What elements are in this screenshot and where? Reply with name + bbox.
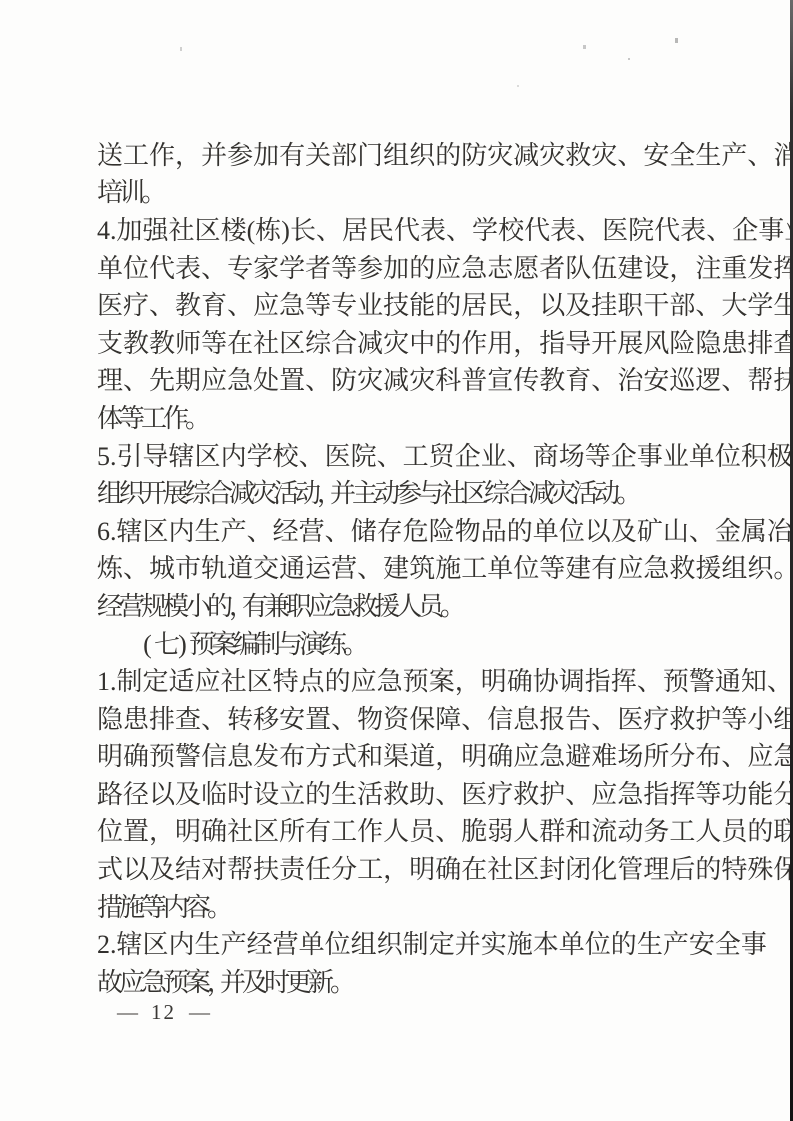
glyph: 教 xyxy=(539,368,565,394)
glyph: 设 xyxy=(253,782,279,808)
glyph: 新 xyxy=(308,970,330,996)
glyph: ( xyxy=(141,632,154,658)
glyph: 道 xyxy=(409,744,435,770)
glyph: 等 xyxy=(141,895,163,921)
glyph: 等 xyxy=(539,556,565,582)
glyph: 活 xyxy=(357,782,383,808)
glyph: 警 xyxy=(175,744,201,770)
glyph: 制 xyxy=(255,632,277,658)
glyph: 市 xyxy=(175,556,201,582)
glyph: 炼 xyxy=(97,556,123,582)
glyph: 理 xyxy=(97,368,123,394)
glyph: 织 xyxy=(377,932,403,958)
glyph: 事 xyxy=(758,218,784,244)
text-line: 式以及结对帮扶责任分工，明确在社区封闭化管理后的特殊保障 xyxy=(97,851,710,889)
glyph: 筑 xyxy=(409,556,435,582)
glyph: 等 xyxy=(695,782,721,808)
glyph: 、 xyxy=(316,218,342,244)
glyph: 学 xyxy=(747,293,773,319)
glyph: 安 xyxy=(643,368,669,394)
glyph: 疗 xyxy=(123,293,149,319)
glyph: 急 xyxy=(617,782,643,808)
glyph: 内 xyxy=(163,895,185,921)
glyph: 、 xyxy=(201,256,227,282)
glyph: 院 xyxy=(351,444,377,470)
text-line: 经营规模小的，有兼职应急救援人员。 xyxy=(97,588,710,626)
glyph: 位 xyxy=(97,819,123,845)
glyph: 风 xyxy=(643,331,669,357)
glyph: 院 xyxy=(628,218,654,244)
glyph: 、 xyxy=(576,218,602,244)
glyph: 、 xyxy=(565,782,591,808)
glyph: 并 xyxy=(455,932,481,958)
glyph: 校 xyxy=(498,218,524,244)
glyph: 民 xyxy=(487,293,513,319)
glyph: 、 xyxy=(637,669,663,695)
glyph: 。 xyxy=(141,180,154,206)
glyph: 灾 xyxy=(251,481,273,507)
glyph: 确 xyxy=(435,857,461,883)
glyph: 产 xyxy=(721,143,747,169)
scan-speck xyxy=(583,45,586,49)
glyph: ) xyxy=(281,218,290,244)
glyph: 等 xyxy=(721,707,747,733)
glyph: 动 xyxy=(295,481,317,507)
glyph: 方 xyxy=(305,744,331,770)
glyph: 设 xyxy=(643,256,669,282)
glyph: 指 xyxy=(539,331,565,357)
glyph: 、 xyxy=(357,556,383,582)
glyph: 、 xyxy=(721,368,747,394)
glyph: 发 xyxy=(747,256,773,282)
glyph: 帮 xyxy=(747,368,773,394)
glyph: 兼 xyxy=(264,594,286,620)
glyph: 案 xyxy=(211,632,233,658)
glyph: 救 xyxy=(669,556,695,582)
glyph: 确 xyxy=(201,819,227,845)
glyph: 援 xyxy=(695,556,721,582)
glyph: 故 xyxy=(97,970,119,996)
glyph: 长 xyxy=(290,218,316,244)
glyph: 、 xyxy=(695,293,721,319)
glyph: 家 xyxy=(253,256,279,282)
glyph: 临 xyxy=(201,782,227,808)
glyph: 保 xyxy=(409,707,435,733)
glyph: ， xyxy=(669,256,695,282)
glyph: 急 xyxy=(141,970,163,996)
glyph: 灾 xyxy=(409,368,435,394)
glyph: 、 xyxy=(721,744,747,770)
text-line: 单位代表、专家学者等参加的应急志愿者队伍建设，注重发挥具有 xyxy=(97,250,710,288)
glyph: 活 xyxy=(572,481,594,507)
glyph: 、 xyxy=(227,293,253,319)
glyph: 七 xyxy=(154,632,176,658)
glyph: 场 xyxy=(559,444,585,470)
glyph: 技 xyxy=(383,293,409,319)
glyph: 医 xyxy=(461,782,487,808)
glyph: 、 xyxy=(507,444,533,470)
glyph: 并 xyxy=(201,143,227,169)
glyph: 指 xyxy=(643,782,669,808)
glyph: 综 xyxy=(305,331,331,357)
text-line: 炼、城市轨道交通运营、建筑施工单位等建有应急救援组织。生产 xyxy=(97,551,710,589)
glyph: 小 xyxy=(747,707,773,733)
glyph: 预 xyxy=(403,669,429,695)
glyph: 展 xyxy=(163,481,185,507)
glyph: 有 xyxy=(591,556,617,582)
glyph: 、 xyxy=(123,556,149,582)
glyph: 预 xyxy=(149,744,175,770)
glyph: 专 xyxy=(227,256,253,282)
glyph: 报 xyxy=(539,707,565,733)
glyph: 式 xyxy=(97,857,123,883)
glyph: 的 xyxy=(409,256,435,282)
glyph: 金 xyxy=(715,519,741,545)
glyph: 。 xyxy=(616,481,629,507)
glyph: 减 xyxy=(383,368,409,394)
glyph: 的 xyxy=(695,857,721,883)
glyph: 栋 xyxy=(255,218,281,244)
glyph: 能 xyxy=(747,782,773,808)
glyph: 、 xyxy=(591,368,617,394)
glyph: 所 xyxy=(279,819,305,845)
glyph: 加 xyxy=(383,256,409,282)
glyph: 合 xyxy=(207,481,229,507)
glyph: 与 xyxy=(418,481,440,507)
glyph: 单 xyxy=(689,444,715,470)
glyph: 减 xyxy=(357,331,383,357)
glyph: 组 xyxy=(351,932,377,958)
glyph: 经 xyxy=(97,594,119,620)
glyph: 区 xyxy=(247,669,273,695)
glyph: 患 xyxy=(721,331,747,357)
glyph: 查 xyxy=(175,707,201,733)
glyph: 学 xyxy=(472,218,498,244)
glyph: 能 xyxy=(409,293,435,319)
glyph: 安 xyxy=(689,932,715,958)
glyph: 经 xyxy=(273,519,299,545)
glyph: 施 xyxy=(507,932,533,958)
glyph: 物 xyxy=(357,707,383,733)
page-number: 12 xyxy=(151,1000,176,1025)
scan-speck xyxy=(628,58,630,60)
glyph: 生 xyxy=(331,782,357,808)
glyph: 道 xyxy=(227,556,253,582)
glyph: 的 xyxy=(305,782,331,808)
glyph: 任 xyxy=(305,857,331,883)
glyph: 送 xyxy=(97,143,123,169)
glyph: 警 xyxy=(689,669,715,695)
text-line: 隐患排查、转移安置、物资保障、信息报告、医疗救护等小组分工， xyxy=(97,701,710,739)
glyph: 救 xyxy=(669,707,695,733)
glyph: 和 xyxy=(357,744,383,770)
glyph: 所 xyxy=(643,744,669,770)
glyph: 点 xyxy=(299,669,325,695)
glyph: 以 xyxy=(149,782,175,808)
glyph: 社 xyxy=(487,857,513,883)
glyph: 定 xyxy=(143,669,169,695)
glyph: 强 xyxy=(143,218,169,244)
glyph: ， xyxy=(207,970,220,996)
glyph: 分 xyxy=(331,857,357,883)
glyph: 应 xyxy=(119,970,141,996)
glyph: 储 xyxy=(351,519,377,545)
glyph: 及 xyxy=(242,970,264,996)
glyph: 参 xyxy=(227,143,253,169)
glyph: 险 xyxy=(429,519,455,545)
glyph: ) xyxy=(176,632,189,658)
glyph: 场 xyxy=(617,744,643,770)
glyph: 工 xyxy=(357,857,383,883)
glyph: 编 xyxy=(233,632,255,658)
glyph: 布 xyxy=(279,744,305,770)
glyph: 辖 xyxy=(117,519,143,545)
glyph: 功 xyxy=(721,782,747,808)
glyph: 位 xyxy=(715,444,741,470)
glyph: 区 xyxy=(195,444,221,470)
glyph: 重 xyxy=(721,256,747,282)
glyph: 息 xyxy=(513,707,539,733)
glyph: 营 xyxy=(119,594,141,620)
glyph: 有 xyxy=(305,819,331,845)
glyph: 、 xyxy=(299,444,325,470)
glyph: 民 xyxy=(368,218,394,244)
glyph: 渠 xyxy=(383,744,409,770)
glyph: 区 xyxy=(279,331,305,357)
glyph: 5 xyxy=(97,444,110,470)
glyph: 明 xyxy=(97,744,123,770)
glyph: 明 xyxy=(409,857,435,883)
glyph: 弱 xyxy=(487,819,513,845)
glyph: 布 xyxy=(695,744,721,770)
text-line: 措施等内容。 xyxy=(97,889,710,927)
glyph: 的 xyxy=(435,143,461,169)
glyph: 应 xyxy=(747,744,773,770)
glyph: 措 xyxy=(97,895,119,921)
glyph: 特 xyxy=(721,857,747,883)
glyph: 营 xyxy=(331,556,357,582)
glyph: 开 xyxy=(141,481,163,507)
glyph: 径 xyxy=(123,782,149,808)
glyph: 表 xyxy=(420,218,446,244)
glyph: 立 xyxy=(279,782,305,808)
glyph: 参 xyxy=(357,256,383,282)
glyph: 位 xyxy=(559,519,585,545)
glyph: 关 xyxy=(305,143,331,169)
glyph: 合 xyxy=(331,331,357,357)
text-line: 医疗、教育、应急等专业技能的居民，以及挂职干部、大学生村官、 xyxy=(97,287,710,325)
glyph: 大 xyxy=(721,293,747,319)
glyph: 企 xyxy=(455,444,481,470)
glyph: 动 xyxy=(617,819,643,845)
text-line: 路径以及临时设立的生活救助、医疗救护、应急指挥等功能分区的 xyxy=(97,776,710,814)
glyph: 生 xyxy=(195,519,221,545)
glyph: 规 xyxy=(141,594,163,620)
glyph: 的 xyxy=(611,932,637,958)
glyph: 、 xyxy=(377,444,403,470)
glyph: 者 xyxy=(305,256,331,282)
glyph: 殊 xyxy=(747,857,773,883)
glyph: 工 xyxy=(403,444,429,470)
glyph: 4 xyxy=(97,218,110,244)
scan-speck xyxy=(517,85,519,87)
glyph: 期 xyxy=(175,368,201,394)
glyph: 确 xyxy=(487,744,513,770)
glyph: 辖 xyxy=(169,444,195,470)
glyph: 居 xyxy=(461,293,487,319)
glyph: 学 xyxy=(279,256,305,282)
glyph: 导 xyxy=(565,331,591,357)
glyph: 员 xyxy=(409,819,435,845)
glyph: 灾 xyxy=(591,143,617,169)
glyph: 导 xyxy=(143,444,169,470)
glyph: 企 xyxy=(732,218,758,244)
text-line: 培训。 xyxy=(97,175,710,213)
glyph: ， xyxy=(455,669,481,695)
glyph: 动 xyxy=(594,481,616,507)
text-line: 2.辖区内生产经营单位组织制定并实施本单位的生产安全事 xyxy=(97,926,710,964)
glyph: 危 xyxy=(403,519,429,545)
glyph: 学 xyxy=(247,444,273,470)
glyph: 普 xyxy=(461,368,487,394)
glyph: 中 xyxy=(409,331,435,357)
glyph: 责 xyxy=(279,857,305,883)
glyph: 式 xyxy=(331,744,357,770)
glyph: 管 xyxy=(617,857,643,883)
glyph: 区 xyxy=(462,481,484,507)
glyph: 部 xyxy=(331,143,357,169)
glyph: 、 xyxy=(747,143,773,169)
glyph: 隐 xyxy=(97,707,123,733)
glyph: 及 xyxy=(565,293,591,319)
glyph: 挥 xyxy=(669,782,695,808)
glyph: 护 xyxy=(539,782,565,808)
glyph: 调 xyxy=(559,669,585,695)
glyph: 培 xyxy=(97,180,119,206)
glyph: 全 xyxy=(715,932,741,958)
glyph: 转 xyxy=(227,707,253,733)
glyph: 开 xyxy=(591,331,617,357)
glyph: 指 xyxy=(585,669,611,695)
glyph: 案 xyxy=(185,970,207,996)
glyph: 建 xyxy=(617,256,643,282)
glyph: 练 xyxy=(321,632,343,658)
glyph: 护 xyxy=(695,707,721,733)
glyph: 经 xyxy=(247,932,273,958)
glyph: 医 xyxy=(97,293,123,319)
glyph: 施 xyxy=(435,556,461,582)
glyph: 积 xyxy=(741,444,767,470)
glyph: 属 xyxy=(741,519,767,545)
glyph: 社 xyxy=(440,481,462,507)
glyph: 急 xyxy=(279,293,305,319)
glyph: 医 xyxy=(602,218,628,244)
glyph: 营 xyxy=(299,519,325,545)
glyph: 巡 xyxy=(669,368,695,394)
glyph: 代 xyxy=(524,218,550,244)
glyph: 生 xyxy=(637,932,663,958)
glyph: 以 xyxy=(539,293,565,319)
glyph: 区 xyxy=(253,819,279,845)
glyph: 建 xyxy=(383,556,409,582)
glyph: 引 xyxy=(117,444,143,470)
glyph: 帮 xyxy=(227,857,253,883)
glyph: 加 xyxy=(117,218,143,244)
glyph: 、 xyxy=(149,293,175,319)
glyph: 障 xyxy=(435,707,461,733)
glyph: 的 xyxy=(207,594,229,620)
glyph: 工 xyxy=(461,556,487,582)
glyph: 商 xyxy=(533,444,559,470)
glyph: 育 xyxy=(565,368,591,394)
glyph: 单 xyxy=(97,256,123,282)
glyph: 及 xyxy=(149,857,175,883)
glyph: 、 xyxy=(435,782,461,808)
glyph: 救 xyxy=(513,782,539,808)
glyph: 单 xyxy=(487,556,513,582)
text-line: 组织开展综合减灾活动，并主动参与社区综合减灾活动。 xyxy=(97,475,710,513)
glyph: 。 xyxy=(330,970,343,996)
glyph: 工 xyxy=(669,819,695,845)
glyph: 建 xyxy=(565,556,591,582)
glyph: 用 xyxy=(487,331,513,357)
glyph: 极 xyxy=(767,444,793,470)
glyph: ， xyxy=(513,293,539,319)
glyph: 表 xyxy=(175,256,201,282)
glyph: 社 xyxy=(253,331,279,357)
glyph: 参 xyxy=(396,481,418,507)
glyph: 特 xyxy=(273,669,299,695)
glyph: 区 xyxy=(143,932,169,958)
glyph: 协 xyxy=(533,669,559,695)
glyph: 教 xyxy=(123,331,149,357)
glyph: 明 xyxy=(481,669,507,695)
glyph: 代 xyxy=(394,218,420,244)
glyph: 员 xyxy=(721,819,747,845)
glyph: 定 xyxy=(429,932,455,958)
glyph: 。 xyxy=(343,632,356,658)
glyph: 加 xyxy=(253,143,279,169)
glyph: 后 xyxy=(669,857,695,883)
glyph: 织 xyxy=(409,143,435,169)
glyph: 传 xyxy=(513,368,539,394)
glyph: 队 xyxy=(565,256,591,282)
glyph: 避 xyxy=(565,744,591,770)
glyph: 位 xyxy=(585,932,611,958)
text-line: 1.制定适应社区特点的应急预案，明确协调指挥、预警通知、 xyxy=(97,663,710,701)
glyph: 及 xyxy=(611,519,637,545)
glyph: 品 xyxy=(481,519,507,545)
glyph: 救 xyxy=(383,782,409,808)
glyph: 主 xyxy=(352,481,374,507)
glyph: 通 xyxy=(279,556,305,582)
glyph: 应 xyxy=(435,256,461,282)
glyph: 产 xyxy=(221,932,247,958)
glyph: 、 xyxy=(591,707,617,733)
glyph: 组 xyxy=(721,556,747,582)
glyph: 企 xyxy=(611,444,637,470)
glyph: 教 xyxy=(149,331,175,357)
glyph: 隐 xyxy=(695,331,721,357)
text-line: 4.加强社区楼(栋)长、居民代表、学校代表、医院代表、企事业 xyxy=(97,212,710,250)
glyph: 位 xyxy=(123,256,149,282)
glyph: 施 xyxy=(119,895,141,921)
glyph: 区 xyxy=(513,857,539,883)
glyph: 等 xyxy=(119,406,141,432)
glyph: 育 xyxy=(201,293,227,319)
glyph: 楼 xyxy=(221,218,247,244)
glyph: 部 xyxy=(669,293,695,319)
